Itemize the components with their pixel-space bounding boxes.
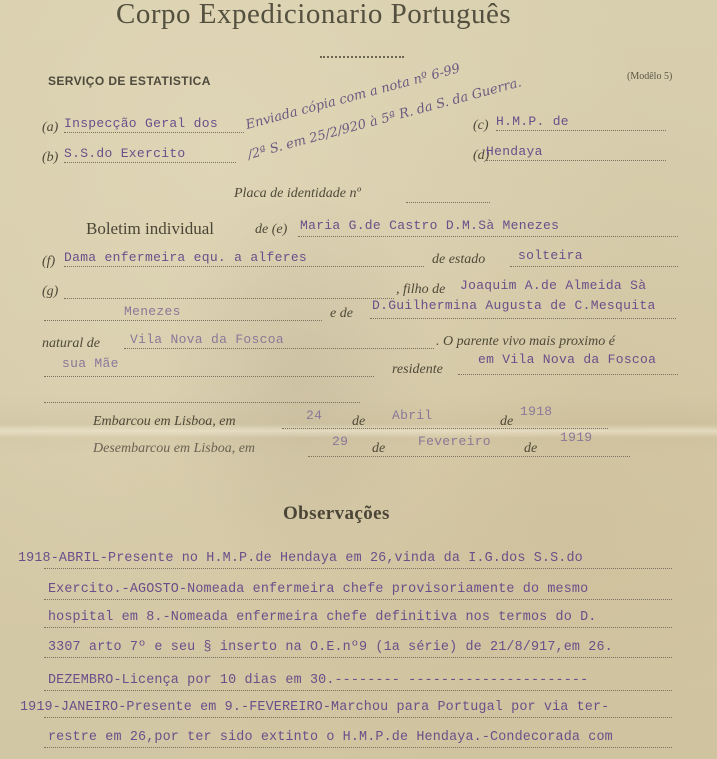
rank-line: [64, 266, 424, 267]
observation-line: restre em 26,por ter sido extinto o H.M.…: [48, 730, 613, 745]
filho-label: , filho de: [396, 282, 445, 298]
state-label: de estado: [432, 252, 485, 268]
disembark-de2: de: [524, 441, 537, 457]
observation-rule: [44, 568, 672, 569]
field-c-value: H.M.P. de: [496, 114, 569, 129]
disembark-line: [308, 456, 630, 457]
observation-line: hospital em 8.-Nomeada enfermeira chefe …: [48, 610, 596, 625]
observation-line: Exercito.-AGOSTO-Nomeada enfermeira chef…: [48, 582, 588, 597]
relative-line: [44, 376, 374, 377]
field-g-line: [64, 298, 394, 299]
natural-line: [124, 348, 434, 349]
blank-line: [44, 402, 360, 403]
father-name-2: Menezes: [124, 304, 181, 319]
service-heading: SERVIÇO DE ESTATISTICA: [48, 74, 211, 88]
field-b-label: (b): [42, 150, 58, 166]
observation-rule: [44, 690, 672, 691]
mother-line: [370, 318, 676, 319]
observation-line: 3307 arto 7º e seu § inserto na O.E.nº9 …: [48, 640, 613, 655]
field-d-line: [486, 160, 666, 161]
document-title: Corpo Expedicionario Português: [116, 0, 511, 31]
observation-rule: [44, 657, 672, 658]
observation-rule: [44, 599, 672, 600]
bulletin-label: Boletim individual: [86, 219, 214, 239]
disembark-day: 29: [332, 434, 348, 449]
field-a-label: (a): [42, 120, 58, 136]
father-name-1: Joaquim A.de Almeida Sà: [460, 278, 646, 293]
identity-plate-label: Placa de identidade nº: [234, 186, 361, 202]
observation-rule: [44, 747, 672, 748]
name-line: [298, 236, 678, 237]
observation-line: 1918-ABRIL-Presente no H.M.P.de Hendaya …: [18, 551, 583, 566]
disembark-de1: de: [372, 441, 385, 457]
rank-value: Dama enfermeira equ. a alferes: [64, 250, 307, 265]
bulletin-de-e-label: de (e): [255, 222, 287, 238]
field-f-label: (f): [42, 254, 55, 270]
embark-label: Embarcou em Lisboa, em: [93, 414, 236, 430]
relative-value: sua Mãe: [62, 356, 119, 371]
observation-rule: [44, 627, 672, 628]
resident-value: em Vila Nova da Foscoa: [478, 352, 656, 367]
observation-line: 1919-JANEIRO-Presente em 9.-FEVEREIRO-Ma…: [20, 700, 609, 715]
model-number: (Modêlo 5): [627, 71, 672, 82]
embark-line: [282, 428, 608, 429]
observation-line: DEZEMBRO-Licença por 10 dias em 30.-----…: [48, 673, 588, 688]
disembark-year: 1919: [560, 430, 592, 445]
state-value: solteira: [518, 248, 583, 263]
state-line: [510, 266, 678, 267]
field-g-label: (g): [42, 284, 58, 300]
observation-rule: [44, 717, 672, 718]
resident-label: residente: [392, 362, 443, 378]
father-line: [44, 320, 322, 321]
embark-month: Abril: [392, 408, 433, 423]
observations-title: Observações: [283, 503, 390, 525]
field-b-value: S.S.do Exercito: [64, 146, 186, 161]
natural-label: natural de: [42, 336, 100, 352]
natural-value: Vila Nova da Foscoa: [130, 332, 284, 347]
embark-day: 24: [306, 408, 322, 423]
disembark-month: Fevereiro: [418, 434, 491, 449]
resident-line: [458, 374, 678, 375]
field-b-line: [64, 162, 236, 163]
e-de-label: e de: [330, 306, 353, 322]
title-divider: [320, 56, 404, 60]
identity-plate-line: [406, 202, 490, 203]
relative-label: . O parente vivo mais proximo é: [436, 334, 615, 350]
person-name: Maria G.de Castro D.M.Sà Menezes: [300, 218, 559, 233]
field-c-label: (c): [473, 118, 489, 134]
mother-name: D.Guilhermina Augusta de C.Mesquita: [372, 298, 656, 313]
field-c-line: [496, 130, 666, 131]
field-d-value: Hendaya: [486, 144, 543, 159]
field-a-line: [64, 132, 244, 133]
embark-year: 1918: [520, 404, 552, 419]
disembark-label: Desembarcou em Lisboa, em: [93, 441, 255, 457]
field-a-value: Inspecção Geral dos: [64, 116, 218, 131]
